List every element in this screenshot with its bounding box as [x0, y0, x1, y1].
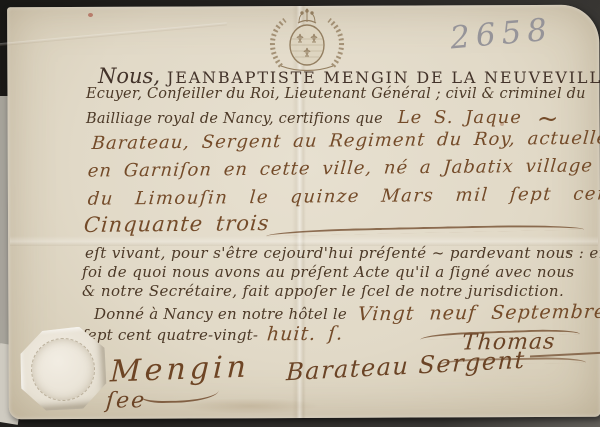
- printed-line-3-text: Bailliage royal de Nancy, certifions que: [86, 111, 383, 127]
- printed-yearline-text: ſept cent quatre-vingt-: [82, 326, 258, 344]
- printed-dateline: Donné à Nancy en notre hôtel le Vingt ne…: [94, 302, 600, 324]
- handwritten-year-end: huit. ſ.: [266, 323, 344, 346]
- signature-mengin: Mengin: [109, 350, 250, 390]
- handwritten-date: Vingt neuf Septembre: [357, 301, 600, 326]
- printed-body-3: & notre Secrétaire, fait appoſer le ſcel…: [82, 282, 564, 300]
- handwritten-name-entry: Le S. Jaque: [398, 107, 522, 128]
- printed-body-1: eſt vivant, pour s'être cejourd'hui préſ…: [85, 244, 600, 262]
- photo-of-document: 2658 Nous,JEANBAPTISTE MENGIN DE LA NEUV…: [0, 0, 600, 427]
- signature-tail-stroke: [530, 352, 600, 362]
- signature-mengin-paraph: ſee: [105, 387, 219, 413]
- printed-body-2: foi de quoi nous avons au préſent Acte q…: [82, 263, 575, 281]
- paraph-flourish-stroke: [140, 390, 219, 403]
- seal-embossing-ring: [29, 336, 97, 403]
- printed-dateline-start: Donné à Nancy en notre hôtel le: [94, 305, 347, 323]
- printed-title-line: Nous,JEANBAPTISTE MENGIN DE LA NEUVEVILL…: [98, 64, 600, 88]
- printed-title-name: JEANBAPTISTE MENGIN DE LA NEUVEVILLE,: [167, 68, 600, 87]
- printed-yearline: ſept cent quatre-vingt- huit. ſ.: [82, 323, 343, 345]
- foxing-spot: [88, 13, 93, 17]
- printed-line-2: Ecuyer, Conſeiller du Roi, Lieutenant Gé…: [86, 86, 586, 102]
- printed-title-intro: Nous,: [98, 64, 160, 88]
- handwritten-line-5: Cinquante trois: [83, 211, 270, 237]
- fold-crease-diagonal: [0, 22, 227, 46]
